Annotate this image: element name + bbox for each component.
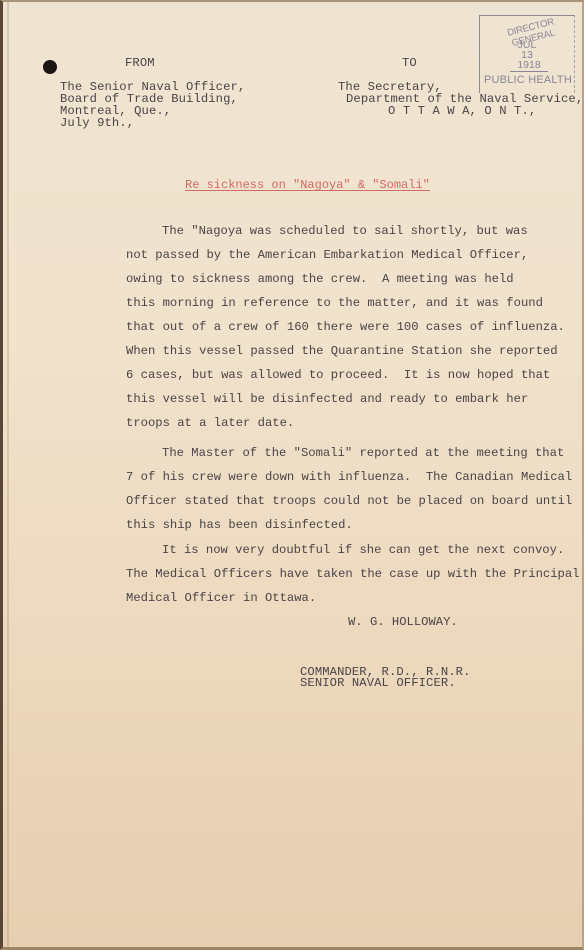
stamp-year: 1918 — [510, 60, 548, 72]
from-label: FROM — [125, 57, 155, 70]
body-line: It is now very doubtful if she can get t… — [162, 544, 564, 557]
body-line: The "Nagoya was scheduled to sail shortl… — [162, 225, 528, 238]
body-line: this morning in reference to the matter,… — [126, 297, 543, 310]
body-line: not passed by the American Embarkation M… — [126, 249, 528, 262]
body-line: Officer stated that troops could not be … — [126, 495, 572, 508]
received-date-stamp: DIRECTOR GENERAL JUL 13 1918 PUBLIC HEAL… — [479, 15, 575, 93]
body-line: this ship has been disinfected. — [126, 519, 353, 532]
body-line: 6 cases, but was allowed to proceed. It … — [126, 369, 550, 382]
stamp-bottom-text: PUBLIC HEALTH — [478, 74, 578, 86]
body-line: this vessel will be disinfected and read… — [126, 393, 528, 406]
body-line: troops at a later date. — [126, 417, 294, 430]
recipient-line-3: O T T A W A, O N T., — [388, 105, 536, 118]
body-line: When this vessel passed the Quarantine S… — [126, 345, 558, 358]
body-line: owing to sickness among the crew. A meet… — [126, 273, 514, 286]
body-line: 7 of his crew were down with influenza. … — [126, 471, 572, 484]
body-line: The Master of the "Somali" reported at t… — [162, 447, 564, 460]
sender-line-4: July 9th., — [60, 117, 134, 130]
subject-line: Re sickness on "Nagoya" & "Somali" — [185, 178, 430, 192]
to-label: TO — [402, 57, 417, 70]
letter-page: FROM The Senior Naval Officer, Board of … — [0, 0, 584, 950]
body-line: Medical Officer in Ottawa. — [126, 592, 316, 605]
body-line: that out of a crew of 160 there were 100… — [126, 321, 565, 334]
punch-hole — [43, 60, 57, 74]
signature-title-2: SENIOR NAVAL OFFICER. — [300, 678, 456, 689]
body-line: The Medical Officers have taken the case… — [126, 568, 579, 581]
signature-name: W. G. HOLLOWAY. — [348, 616, 458, 629]
